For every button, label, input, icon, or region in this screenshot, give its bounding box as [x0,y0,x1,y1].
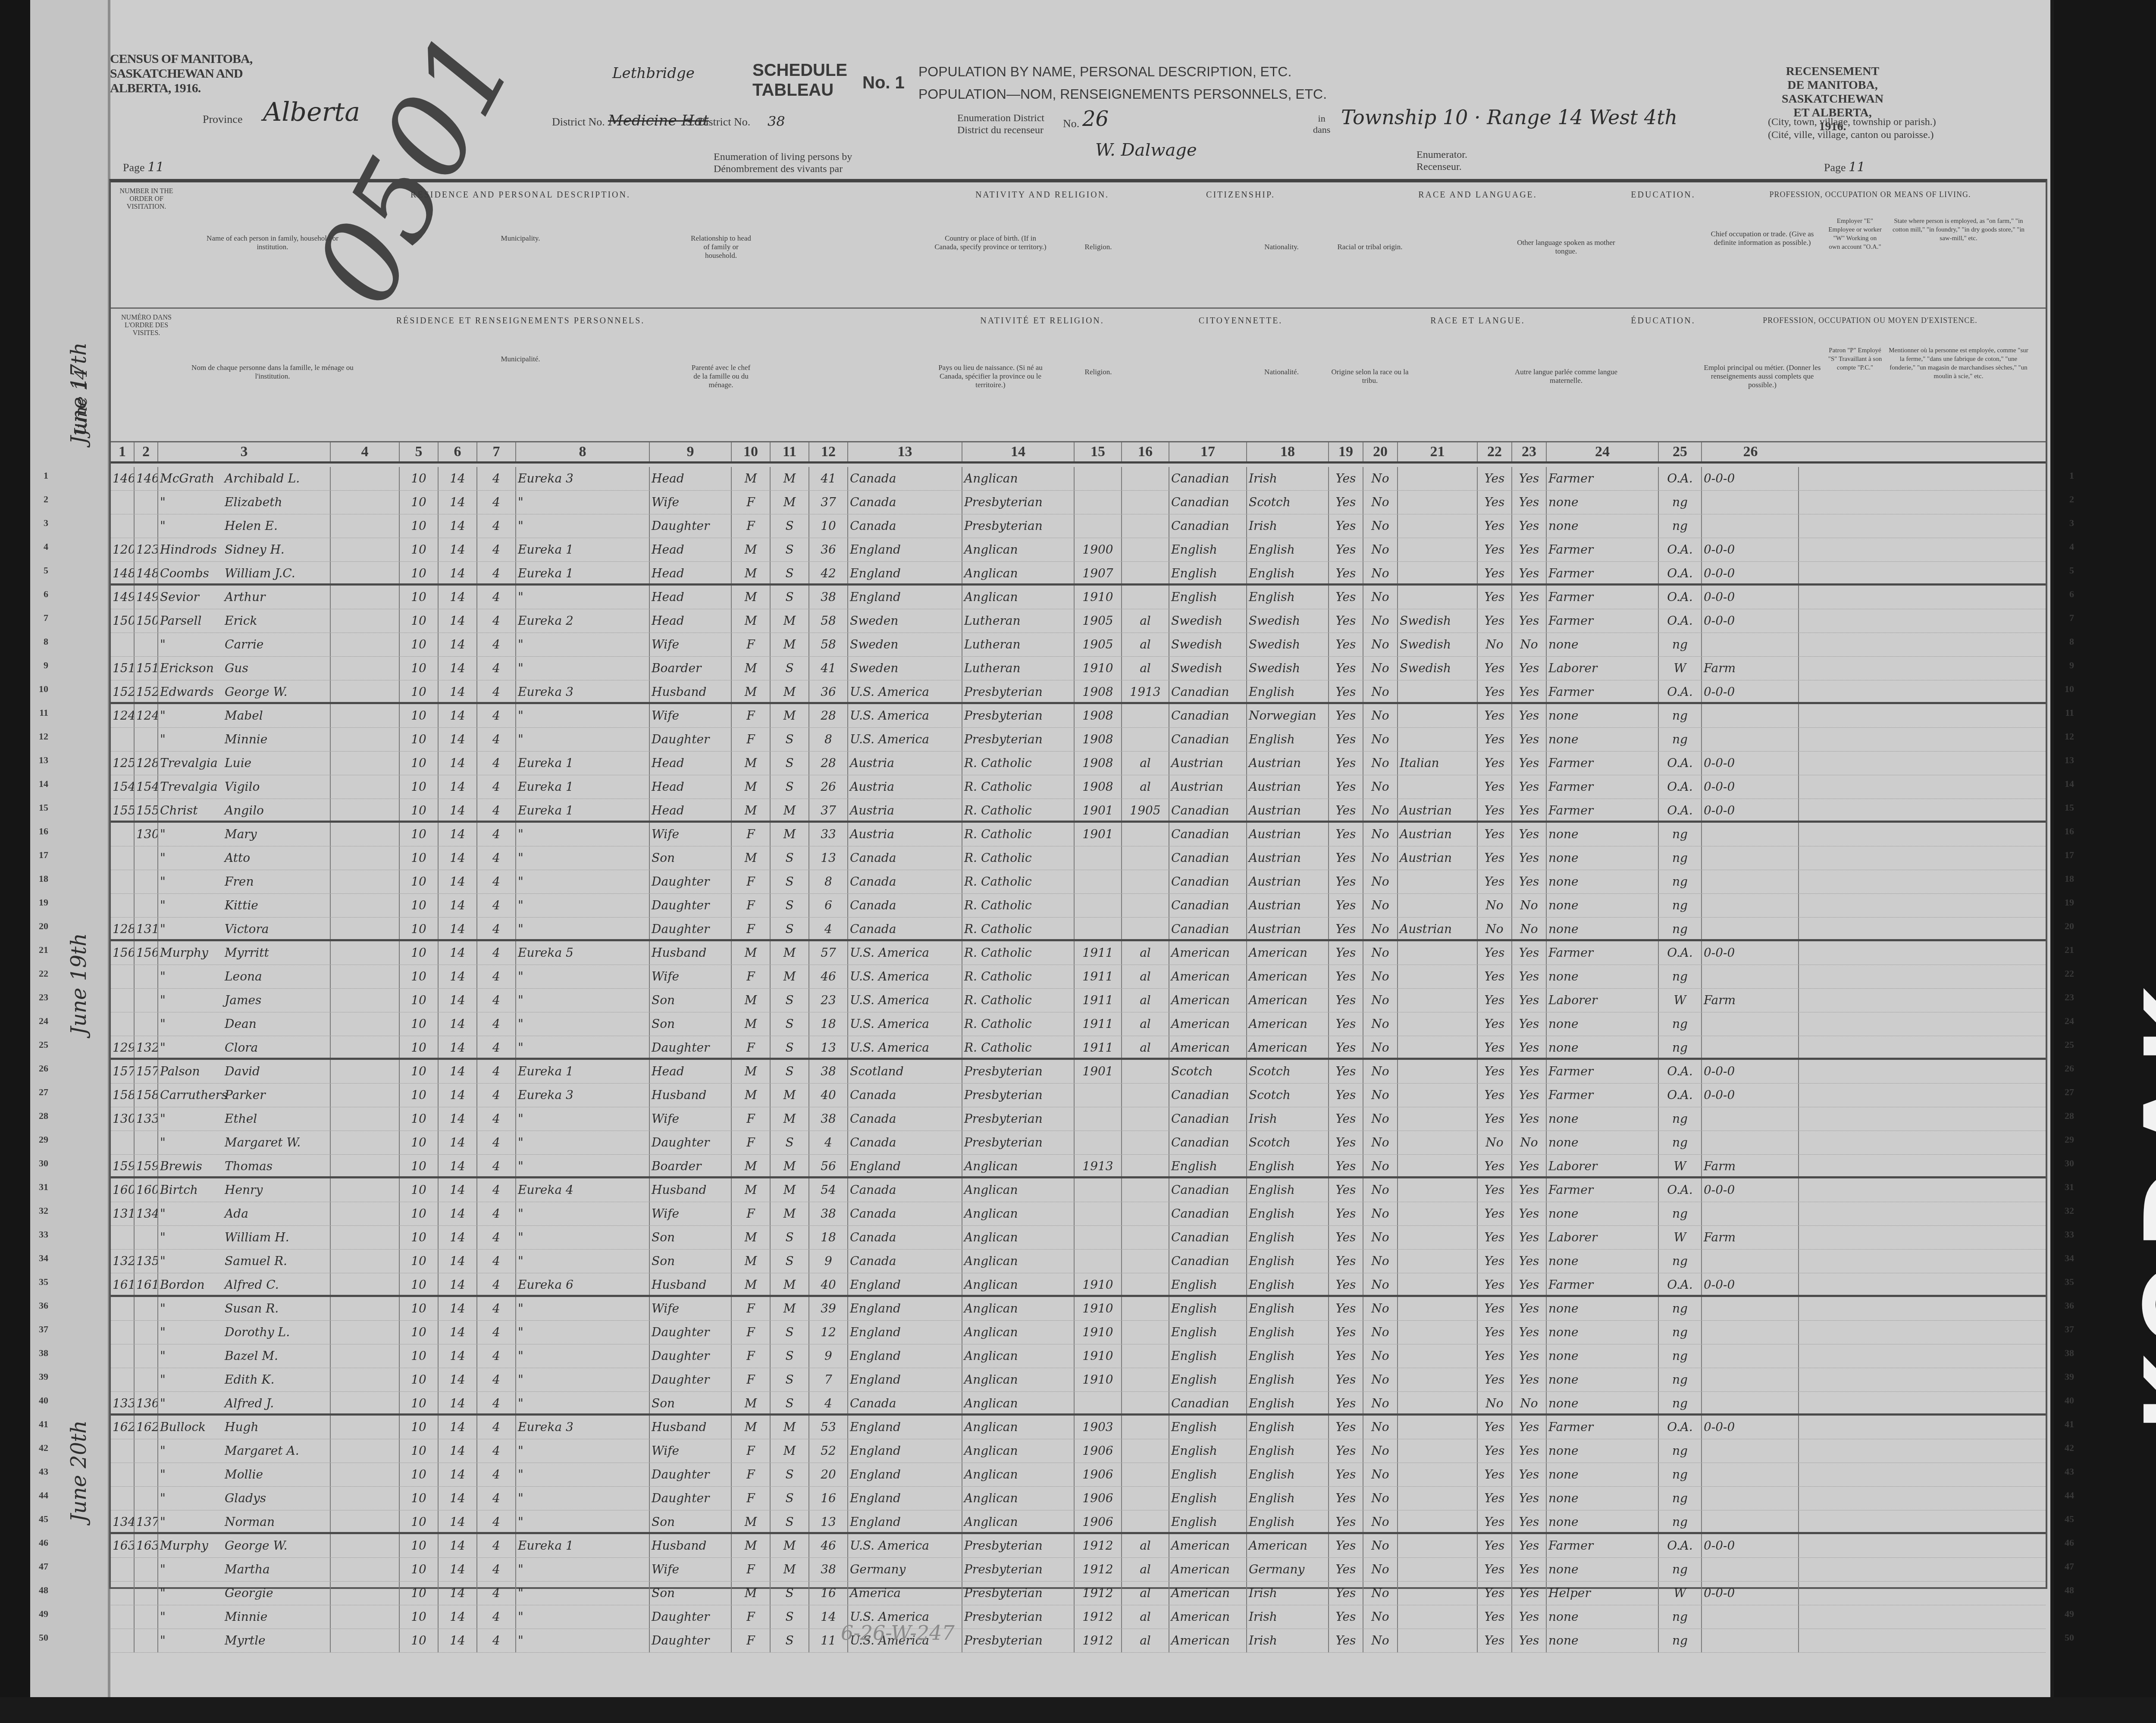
cell-religion: R. Catholic [962,799,1075,821]
cell-fr: No [1363,609,1398,633]
cell-natur [1122,1155,1169,1176]
cell-birth: England [848,1297,962,1320]
line-number: 44 [30,1483,48,1507]
cell-occupation: Helper [1547,1582,1659,1605]
cell-nationality: English [1169,1463,1247,1486]
col9-header-fr: Parenté avec le chef de la famille ou du… [689,363,753,389]
cell-immig: 1901 [1075,799,1122,821]
cell-age: 28 [809,752,848,775]
cell-name: MurphyMyrritt [158,941,331,965]
cell-eng: Yes [1329,1321,1363,1344]
cell-dwelling: 161 [111,1273,135,1295]
cell-other [1398,562,1478,583]
cell-rel: Husband [650,1178,732,1202]
line-number: 36 [30,1294,48,1317]
cell-employed [1702,1107,1799,1131]
cell-fr: No [1363,1107,1398,1131]
cell-other [1398,1273,1478,1295]
cell-sex: M [732,538,771,561]
cell-write: Yes [1512,1605,1547,1629]
cell-mer: 4 [477,491,516,514]
cell-birth: U.S. America [848,728,962,751]
cell-rel: Husband [650,1273,732,1295]
cell-rng: 14 [439,846,477,870]
cell-age: 20 [809,1463,848,1486]
table-row: "Kittie10144"DaughterFS6CanadaR. Catholi… [111,894,2046,918]
cell-birth: U.S. America [848,989,962,1012]
cell-immig: 1911 [1075,1036,1122,1058]
cell-mer: 4 [477,941,516,965]
cell-birth: Canada [848,894,962,917]
cell-twp: 10 [400,799,439,821]
cell-immig [1075,1202,1122,1225]
cell-employed [1702,1250,1799,1273]
cell-other [1398,1155,1478,1176]
cell-family: 132 [135,1036,158,1058]
cell-immig: 1901 [1075,1060,1122,1083]
cell-nationality: American [1169,1629,1247,1652]
cell-read: Yes [1478,491,1512,514]
cell-surname: Bordon [160,1273,225,1295]
section-numero-ordre: NUMÉRO DANS L'ORDRE DES VISITES. [111,314,182,337]
cell-age: 13 [809,1036,848,1058]
table-row: "Edith K.10144"DaughterFS7EnglandAnglica… [111,1368,2046,1392]
line-number: 24 [30,1009,48,1033]
cell-given-name: Thomas [225,1159,273,1173]
cell-age: 40 [809,1084,848,1107]
table-row: 158158CarruthersParker10144Eureka 3Husba… [111,1084,2046,1107]
cell-birth: U.S. America [848,1036,962,1058]
cell-read: Yes [1478,799,1512,821]
cell-eng: Yes [1329,491,1363,514]
cell-given-name: Ada [225,1206,248,1221]
cell-name: "Minnie [158,1605,331,1629]
cell-mer: 4 [477,1582,516,1605]
cell-write: Yes [1512,1463,1547,1486]
cell-sex: M [732,562,771,583]
cell-age: 4 [809,1392,848,1413]
cell-employed: 0-0-0 [1702,1178,1799,1202]
cell-marital: M [771,1558,809,1581]
cell-religion: Anglican [962,1344,1075,1368]
cell-marital: M [771,1084,809,1107]
cell-write: No [1512,918,1547,939]
enum-no-label: No. [1063,117,1079,130]
cell-eng: Yes [1329,1392,1363,1413]
cell-natur: al [1122,657,1169,680]
cell-family: 123 [135,538,158,561]
cell-rel: Head [650,609,732,633]
census-page: June 17th June 14 June 19th June 20th CE… [30,0,2050,1697]
line-number: 10 [2053,677,2074,701]
cell-military [331,1297,400,1320]
line-number: 20 [30,914,48,938]
cell-fr: No [1363,704,1398,727]
cell-employed: Farm [1702,1226,1799,1249]
line-number: 21 [30,938,48,962]
cell-dwelling [111,514,135,538]
cell-military [331,1510,400,1532]
cell-muni: " [516,1344,650,1368]
cell-write: Yes [1512,1107,1547,1131]
table-row: 120123HindrodsSidney H.10144Eureka 1Head… [111,538,2046,562]
line-number: 2 [30,487,48,511]
table-row: "Margaret W.10144"DaughterFS4CanadaPresb… [111,1131,2046,1155]
cell-marital: S [771,728,809,751]
cell-age: 16 [809,1582,848,1605]
cell-sex: F [732,823,771,846]
cell-marital: M [771,1534,809,1557]
cell-status: O.A. [1659,609,1702,633]
cell-military [331,1416,400,1439]
cell-age: 46 [809,1534,848,1557]
line-number: 45 [30,1507,48,1531]
cell-rel: Wife [650,1297,732,1320]
cell-read: Yes [1478,704,1512,727]
line-number: 15 [30,796,48,819]
cell-rng: 14 [439,1487,477,1510]
col25-header-fr: Patron "P" Employé "S" Travaillant à son… [1827,346,1883,372]
cell-surname: " [160,1439,225,1463]
cell-rel: Son [650,1226,732,1249]
cell-read: Yes [1478,1534,1512,1557]
cell-eng: Yes [1329,1131,1363,1154]
col25-header: Employer "E" Employee or worker "W" Work… [1827,217,1883,251]
cell-fr: No [1363,894,1398,917]
cell-occupation: none [1547,965,1659,988]
cell-military [331,1321,400,1344]
cell-write: Yes [1512,799,1547,821]
cell-marital: M [771,1107,809,1131]
cell-rel: Daughter [650,1344,732,1368]
cell-rng: 14 [439,680,477,702]
cell-age: 26 [809,775,848,799]
line-number: 3 [2053,511,2074,535]
cell-status: ng [1659,1012,1702,1036]
cell-name: "Kittie [158,894,331,917]
cell-name: "Alfred J. [158,1392,331,1413]
cell-write: Yes [1512,941,1547,965]
cell-surname: " [160,1582,225,1605]
cell-origin: Austrian [1247,752,1329,775]
cell-origin: American [1247,989,1329,1012]
section-number-order: NUMBER IN THE ORDER OF VISITATION. [111,188,182,211]
cell-fr: No [1363,657,1398,680]
cell-birth: England [848,1416,962,1439]
cell-mer: 4 [477,1463,516,1486]
cell-muni: " [516,1463,650,1486]
cell-sex: M [732,1534,771,1557]
cell-family: 133 [135,1107,158,1131]
cell-sex: M [732,799,771,821]
cell-religion: Presbyterian [962,728,1075,751]
cell-nationality: English [1169,1439,1247,1463]
enumeration-by-label: Enumeration of living persons by Dénombr… [714,151,852,175]
cell-read: Yes [1478,586,1512,609]
cell-fr: No [1363,752,1398,775]
cell-occupation: none [1547,1558,1659,1581]
cell-given-name: George W. [225,1538,287,1553]
cell-given-name: Fren [225,874,254,889]
cell-nationality: Canadian [1169,1202,1247,1225]
cell-employed [1702,1036,1799,1058]
cell-origin: Irish [1247,1582,1329,1605]
cell-given-name: Gus [225,661,248,675]
cell-military [331,491,400,514]
cell-immig: 1900 [1075,538,1122,561]
census-title-en: CENSUS OF MANITOBA, SASKATCHEWAN AND ALB… [110,52,252,96]
cell-surname: Murphy [160,1534,225,1557]
cell-immig: 1910 [1075,1297,1122,1320]
cell-muni: " [516,657,650,680]
cell-status: O.A. [1659,752,1702,775]
cell-eng: Yes [1329,799,1363,821]
cell-family [135,870,158,893]
cell-eng: Yes [1329,1463,1363,1486]
cell-nationality: American [1169,1582,1247,1605]
section-citizenship-en: CITIZENSHIP. [1154,190,1327,200]
line-number: 8 [2053,630,2074,653]
cell-origin: English [1247,1510,1329,1532]
cell-name: "Gladys [158,1487,331,1510]
cell-mer: 4 [477,1321,516,1344]
cell-muni: Eureka 1 [516,1060,650,1083]
cell-sex: F [732,1605,771,1629]
cell-occupation: none [1547,918,1659,939]
cell-eng: Yes [1329,586,1363,609]
cell-read: Yes [1478,1629,1512,1652]
cell-occupation: none [1547,1131,1659,1154]
cell-name: BirtchHenry [158,1178,331,1202]
cell-rel: Son [650,846,732,870]
cell-twp: 10 [400,894,439,917]
cell-twp: 10 [400,1368,439,1391]
cell-name: "Dorothy L. [158,1321,331,1344]
cell-name: "Dean [158,1012,331,1036]
cell-fr: No [1363,1321,1398,1344]
cell-twp: 10 [400,1439,439,1463]
cell-status: O.A. [1659,538,1702,561]
cell-military [331,965,400,988]
cell-write: Yes [1512,1510,1547,1532]
cell-natur: al [1122,609,1169,633]
section-education-en: EDUCATION. [1629,190,1698,200]
cell-given-name: William H. [225,1230,289,1244]
cell-sex: F [732,870,771,893]
cell-sex: F [732,728,771,751]
cell-read: Yes [1478,1155,1512,1176]
table-row: "Minnie10144"DaughterFS8U.S. AmericaPres… [111,728,2046,752]
cell-family: 130 [135,823,158,846]
cell-twp: 10 [400,1250,439,1273]
cell-name: TrevalgiaLuie [158,752,331,775]
cell-fr: No [1363,538,1398,561]
cell-religion: R. Catholic [962,941,1075,965]
cell-given-name: George W. [225,685,287,699]
cell-sex: F [732,918,771,939]
cell-twp: 10 [400,538,439,561]
cell-military [331,1558,400,1581]
cell-occupation: none [1547,1250,1659,1273]
cell-status: O.A. [1659,799,1702,821]
cell-read: Yes [1478,989,1512,1012]
cell-read: Yes [1478,1439,1512,1463]
cell-name: CoombsWilliam J.C. [158,562,331,583]
cell-read: Yes [1478,1178,1512,1202]
cell-mer: 4 [477,1605,516,1629]
cell-surname: Carruthers [160,1084,225,1107]
cell-other [1398,1297,1478,1320]
cell-name: "Ethel [158,1107,331,1131]
cell-military [331,823,400,846]
cell-nationality: American [1169,1558,1247,1581]
cell-age: 39 [809,1297,848,1320]
cell-status: ng [1659,1392,1702,1413]
cell-employed [1702,870,1799,893]
cell-marital: S [771,657,809,680]
cell-military [331,633,400,656]
cell-mer: 4 [477,1297,516,1320]
cell-occupation: none [1547,894,1659,917]
cell-surname: " [160,491,225,514]
cell-marital: M [771,1297,809,1320]
cell-other: Austrian [1398,799,1478,821]
cell-marital: M [771,1439,809,1463]
cell-other [1398,1582,1478,1605]
cell-origin: Austrian [1247,823,1329,846]
cell-given-name: Margaret W. [225,1135,301,1150]
cell-dwelling [111,870,135,893]
cell-read: Yes [1478,538,1512,561]
line-number: 22 [2053,962,2074,985]
cell-twp: 10 [400,1036,439,1058]
cell-birth: England [848,1439,962,1463]
cell-read: Yes [1478,823,1512,846]
cell-sex: F [732,1107,771,1131]
cell-other [1398,538,1478,561]
cell-immig: 1913 [1075,1155,1122,1176]
cell-other [1398,894,1478,917]
cell-religion: Presbyterian [962,1107,1075,1131]
cell-read: Yes [1478,1060,1512,1083]
cell-nationality: Canadian [1169,799,1247,821]
cell-twp: 10 [400,965,439,988]
cell-dwelling: 148 [111,562,135,583]
cell-rng: 14 [439,1392,477,1413]
cell-given-name: James [225,993,261,1007]
cell-other [1398,1178,1478,1202]
cell-dwelling: 154 [111,775,135,799]
cell-employed: 0-0-0 [1702,680,1799,702]
cell-nationality: English [1169,1344,1247,1368]
cell-nationality: American [1169,1036,1247,1058]
cell-rel: Wife [650,1558,732,1581]
cell-fr: No [1363,1084,1398,1107]
cell-status: ng [1659,1605,1702,1629]
cell-write: Yes [1512,1416,1547,1439]
cell-write: No [1512,1392,1547,1413]
cell-surname: " [160,728,225,751]
line-number: 23 [2053,985,2074,1009]
cell-natur: al [1122,752,1169,775]
cell-family: 157 [135,1060,158,1083]
cell-nationality: Austrian [1169,775,1247,799]
cell-read: Yes [1478,1510,1512,1532]
cell-marital: M [771,799,809,821]
cell-military [331,894,400,917]
cell-eng: Yes [1329,1155,1363,1176]
cell-mer: 4 [477,1012,516,1036]
film-border-left [0,0,30,1723]
cell-immig [1075,870,1122,893]
cell-military [331,846,400,870]
cell-origin: English [1247,1226,1329,1249]
table-row: 132135"Samuel R.10144"SonMS9CanadaAnglic… [111,1250,2046,1273]
cell-name: ParsellErick [158,609,331,633]
cell-immig: 1903 [1075,1416,1122,1439]
cell-family [135,1463,158,1486]
cell-rel: Daughter [650,1605,732,1629]
line-number: 28 [2053,1104,2074,1128]
cell-name: "Minnie [158,728,331,751]
cell-eng: Yes [1329,1012,1363,1036]
cell-muni: Eureka 1 [516,562,650,583]
cell-age: 18 [809,1012,848,1036]
cell-muni: Eureka 4 [516,1178,650,1202]
cell-origin: American [1247,1534,1329,1557]
line-number: 13 [30,748,48,772]
cell-military [331,704,400,727]
cell-age: 13 [809,846,848,870]
cell-origin: English [1247,1321,1329,1344]
cell-family: 152 [135,680,158,702]
line-number: 45 [2053,1507,2074,1531]
line-number: 10 [30,677,48,701]
cell-eng: Yes [1329,704,1363,727]
cell-eng: Yes [1329,1036,1363,1058]
cell-name: "Leona [158,965,331,988]
cell-given-name: Helen E. [225,519,278,533]
cell-religion: Anglican [962,1321,1075,1344]
cell-age: 58 [809,609,848,633]
cell-origin: Austrian [1247,918,1329,939]
cell-employed: Farm [1702,1155,1799,1176]
cell-religion: Lutheran [962,633,1075,656]
cell-nationality: English [1169,1416,1247,1439]
cell-name: MurphyGeorge W. [158,1534,331,1557]
cell-employed [1702,1605,1799,1629]
cell-muni: " [516,1558,650,1581]
line-number: 40 [30,1388,48,1412]
cell-nationality: English [1169,1297,1247,1320]
cell-birth: Canada [848,514,962,538]
col14-header-fr: Religion. [1051,368,1146,376]
cell-given-name: Alfred J. [225,1396,274,1410]
col13-header: Country or place of birth. (If in Canada… [934,234,1047,251]
cell-read: Yes [1478,846,1512,870]
cell-origin: Scotch [1247,1131,1329,1154]
cell-twp: 10 [400,1534,439,1557]
cell-religion: Anglican [962,1416,1075,1439]
cell-occupation: none [1547,514,1659,538]
cell-other [1398,965,1478,988]
cell-mer: 4 [477,1344,516,1368]
cell-employed [1702,491,1799,514]
cell-dwelling [111,1226,135,1249]
cell-other [1398,1321,1478,1344]
cell-military [331,918,400,939]
cell-rel: Wife [650,823,732,846]
